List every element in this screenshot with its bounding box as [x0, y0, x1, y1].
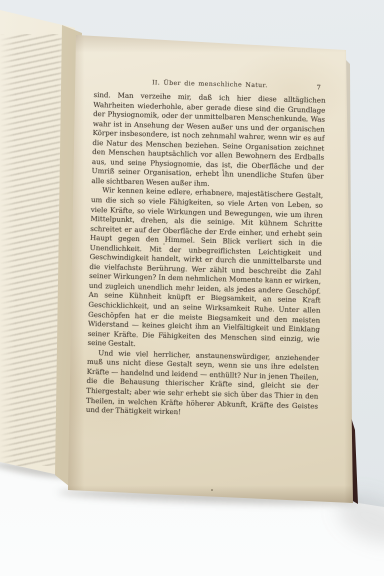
- page-text-block: II. Über die menschliche Natur. 7 sind. …: [86, 78, 326, 421]
- paragraph-2: Wir kennen keine edlere, erhabnere, maje…: [87, 186, 323, 354]
- page-number: 7: [317, 83, 321, 91]
- paragraph-1: sind. Man verzeihe mir, daß ich hier die…: [91, 91, 325, 192]
- signature-mark: [211, 489, 213, 491]
- book-photo: II. Über die menschliche Natur. 7 sind. …: [0, 0, 384, 576]
- paragraph-3: Und wie viel herrlicher, anstaunenswürdi…: [86, 349, 320, 421]
- running-title: II. Über die menschliche Natur.: [152, 79, 268, 89]
